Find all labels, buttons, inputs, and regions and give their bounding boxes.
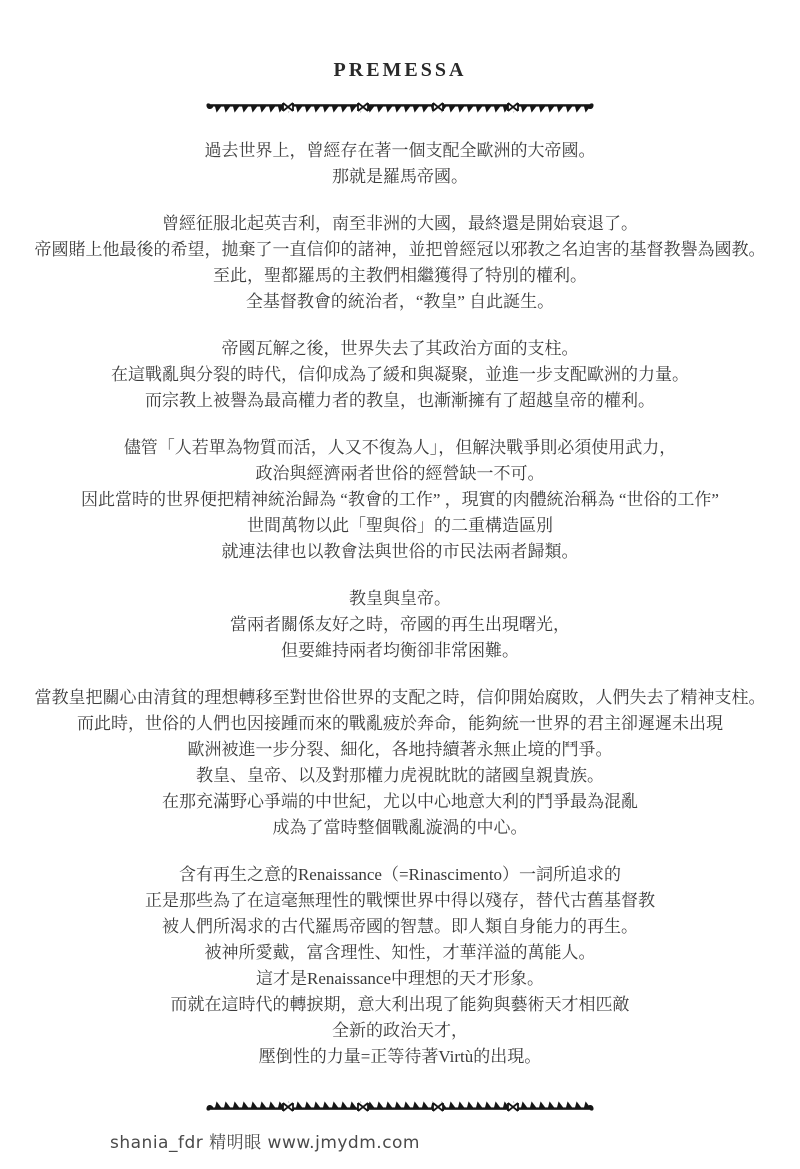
- text-line: 全新的政治天才，: [0, 1018, 800, 1044]
- document-page: PREMESSA: [0, 0, 800, 1169]
- paragraph: 帝國瓦解之後，世界失去了其政治方面的支柱。在這戰亂與分裂的時代，信仰成為了緩和與…: [0, 336, 800, 414]
- text-line: 帝國賭上他最後的希望，拋棄了一直信仰的諸神，並把曾經冠以邪教之名迫害的基督教譽為…: [0, 237, 800, 263]
- text-line: 教皇、皇帝、以及對那權力虎視眈眈的諸國皇親貴族。: [0, 763, 800, 789]
- text-line: 被人們所渴求的古代羅馬帝國的智慧。即人類自身能力的再生。: [0, 914, 800, 940]
- text-line: 至此，聖都羅馬的主教們相繼獲得了特別的權利。: [0, 263, 800, 289]
- text-line: 在那充滿野心爭端的中世紀，尤以中心地意大利的鬥爭最為混亂: [0, 789, 800, 815]
- text-line: 帝國瓦解之後，世界失去了其政治方面的支柱。: [0, 336, 800, 362]
- text-line: 而此時，世俗的人們也因接踵而來的戰亂疲於奔命，能夠統一世界的君主卻遲遲未出現: [0, 711, 800, 737]
- text-line: 就連法律也以教會法與世俗的市民法兩者歸類。: [0, 539, 800, 565]
- decorative-rule-icon: [205, 100, 595, 116]
- text-line: 全基督教會的統治者，“教皇” 自此誕生。: [0, 289, 800, 315]
- text-line: 壓倒性的力量=正等待著Virtù的出現。: [0, 1044, 800, 1070]
- text-line: 儘管「人若單為物質而活，人又不復為人」，但解決戰爭則必須使用武力，: [0, 435, 800, 461]
- text-line: 教皇與皇帝。: [0, 586, 800, 612]
- text-line: 那就是羅馬帝國。: [0, 164, 800, 190]
- text-line: 當兩者關係友好之時，帝國的再生出現曙光，: [0, 612, 800, 638]
- text-line: 而就在這時代的轉捩期，意大利出現了能夠與藝術天才相匹敵: [0, 992, 800, 1018]
- text-line: 正是那些為了在這毫無理性的戰慄世界中得以殘存，替代古舊基督教: [0, 888, 800, 914]
- paragraph: 過去世界上，曾經存在著一個支配全歐洲的大帝國。那就是羅馬帝國。: [0, 138, 800, 190]
- paragraph: 含有再生之意的Renaissance（=Rinascimento）一詞所追求的正…: [0, 862, 800, 1070]
- text-line: 過去世界上，曾經存在著一個支配全歐洲的大帝國。: [0, 138, 800, 164]
- preface-body: 過去世界上，曾經存在著一個支配全歐洲的大帝國。那就是羅馬帝國。曾經征服北起英吉利…: [0, 138, 800, 1070]
- watermark-text: shania_fdr 精明眼 www.jmydm.com: [110, 1128, 420, 1153]
- text-line: 政治與經濟兩者世俗的經營缺一不可。: [0, 461, 800, 487]
- text-line: 在這戰亂與分裂的時代，信仰成為了緩和與凝聚，並進一步支配歐洲的力量。: [0, 362, 800, 388]
- paragraph: 當教皇把關心由清貧的理想轉移至對世俗世界的支配之時，信仰開始腐敗，人們失去了精神…: [0, 685, 800, 841]
- text-line: 因此當時的世界便把精神統治歸為 “教會的工作” ，現實的肉體統治稱為 “世俗的工…: [0, 487, 800, 513]
- text-line: 而宗教上被譽為最高權力者的教皇，也漸漸擁有了超越皇帝的權利。: [0, 388, 800, 414]
- ornament-divider-top: [0, 100, 800, 116]
- text-line: 被神所愛戴，富含理性、知性，才華洋溢的萬能人。: [0, 940, 800, 966]
- text-line: 但要維持兩者均衡卻非常困難。: [0, 638, 800, 664]
- paragraph: 儘管「人若單為物質而活，人又不復為人」，但解決戰爭則必須使用武力，政治與經濟兩者…: [0, 435, 800, 565]
- text-line: 成為了當時整個戰亂漩渦的中心。: [0, 815, 800, 841]
- page-title: PREMESSA: [0, 0, 800, 83]
- text-line: 世間萬物以此「聖與俗」的二重構造區別: [0, 513, 800, 539]
- paragraph: 曾經征服北起英吉利，南至非洲的大國，最終還是開始衰退了。帝國賭上他最後的希望，拋…: [0, 211, 800, 315]
- text-line: 當教皇把關心由清貧的理想轉移至對世俗世界的支配之時，信仰開始腐敗，人們失去了精神…: [0, 685, 800, 711]
- text-line: 歐洲被進一步分裂、細化，各地持續著永無止境的鬥爭。: [0, 737, 800, 763]
- decorative-rule-icon: [205, 1098, 595, 1114]
- ornament-divider-bottom: [0, 1098, 800, 1114]
- text-line: 曾經征服北起英吉利，南至非洲的大國，最終還是開始衰退了。: [0, 211, 800, 237]
- paragraph: 教皇與皇帝。當兩者關係友好之時，帝國的再生出現曙光，但要維持兩者均衡卻非常困難。: [0, 586, 800, 664]
- text-line: 含有再生之意的Renaissance（=Rinascimento）一詞所追求的: [0, 862, 800, 888]
- text-line: 這才是Renaissance中理想的天才形象。: [0, 966, 800, 992]
